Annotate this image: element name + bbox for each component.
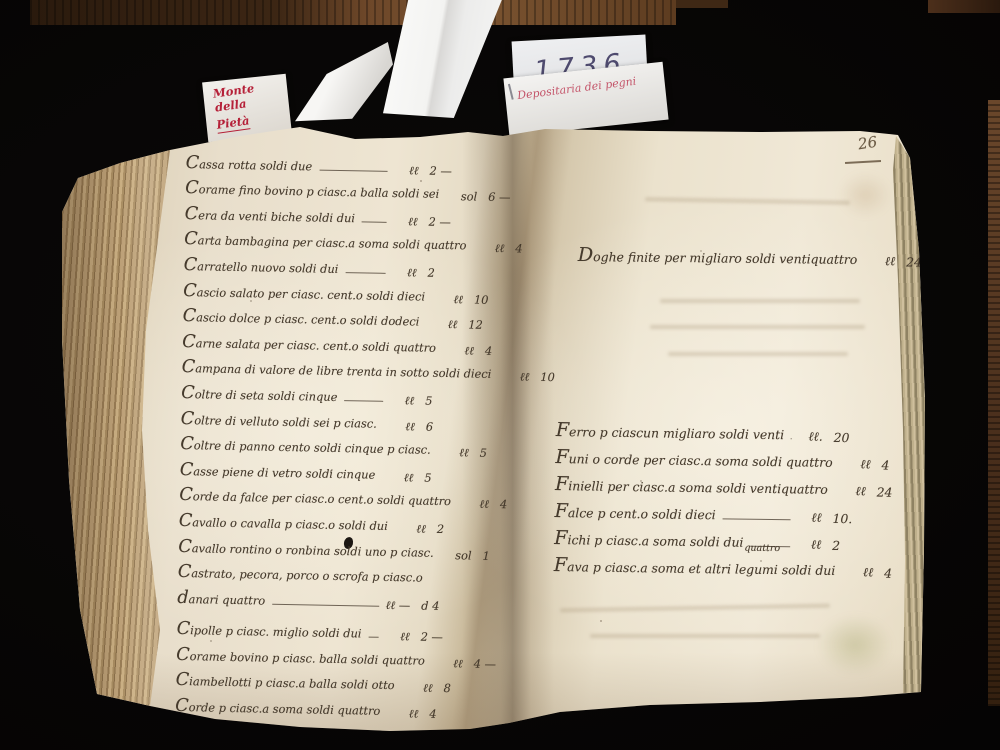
entry-value: 2 — [429,163,463,178]
ledger-entry-row: Finielli per ciasc.a soma soldi ventiqua… [555,468,867,499]
show-through-line [590,634,820,638]
dash-leader [362,221,387,222]
entry-unit: ℓℓ [402,521,426,535]
entry-value: 4 [515,242,549,257]
dash-leader [791,438,792,439]
entry-unit: ℓℓ [386,629,410,643]
entry-unit: ℓℓ [450,343,474,357]
dash-leader [368,637,378,638]
entry-value: 6 [426,419,460,434]
ledger-entry-row: Funi o corde per ciasc.a soma soldi quat… [555,441,867,472]
entry-text: danari quattro [177,588,265,610]
entry-value: 10. [832,511,866,526]
pen-stroke [508,84,513,100]
entry-value: 2 — [421,630,455,645]
entry-unit: ℓℓ [797,536,821,552]
entry-value: 5 [425,394,459,409]
entry-value: 20 [834,430,868,445]
open-book: 26 Cassa rotta soldi due ℓℓ 2 — Corame f… [0,0,1000,750]
entry-unit: ℓℓ. [799,428,823,444]
entry-value: 2 [437,522,471,537]
shelf-edge-top-right [928,0,1000,13]
entry-text: Falce p cent.o soldi dieci [554,499,715,524]
entry-value: 2 [427,266,461,281]
entry-value: 4 [881,458,915,473]
entry-value: 12 [468,318,502,333]
entry-text: Doghe finite per migliaro soldi ventiqua… [578,243,858,269]
entry-unit: ℓℓ [433,317,457,331]
entry-value: 10 [474,292,508,307]
entry-value: 2 — [428,214,462,229]
right-page-top-entry: Doghe finite per migliaro soldi ventiqua… [578,240,870,269]
show-through-line [660,299,860,303]
stain [805,605,905,685]
entry-unit: ℓℓ [394,706,418,720]
ledger-entry-row: Fava p ciasc.a soma et altri legumi sold… [554,549,866,580]
series-label: Depositaria dei pegni [516,75,636,102]
entry-value: 10 [540,370,574,385]
foxing-speckles [0,0,2,2]
ledger-entry-row: Fichi p ciasc.a soma soldi dui ℓℓ 2 [554,522,866,553]
entry-value: 4 [429,707,463,722]
entry-unit: ℓℓ [480,241,504,255]
dash-leader [344,400,383,402]
entry-unit: ℓℓ [390,393,414,407]
ledger-entry-row: Doghe finite per migliaro soldi ventiqua… [578,240,870,269]
entry-value: 4 [884,566,918,581]
entry-unit: ℓℓ [849,564,873,580]
left-page-entries: Cassa rotta soldi due ℓℓ 2 — Corame fino… [175,147,464,721]
entry-value: 5 [424,470,458,485]
entry-unit: ℓℓ [505,370,529,384]
fund-label-line1: Monte della [212,77,289,115]
entry-unit: ℓℓ [871,253,895,269]
ledger-entry-row: Ferro p ciascun migliaro soldi venti ℓℓ.… [556,414,868,445]
entry-unit: ℓℓ [439,291,463,305]
dash-leader [723,518,791,520]
entry-value: 4 — [474,656,508,671]
entry-unit: sol [453,189,477,203]
entry-value: 1 [482,548,516,563]
blank-slip [293,42,395,122]
entry-unit: ℓℓ — [386,598,411,612]
entry-superscript: quattro [744,543,780,554]
entry-value: 5 [480,446,514,461]
book-gutter [462,120,554,735]
entry-text: Ferro p ciascun migliaro soldi venti [556,418,785,444]
ledger-entry-row: Corde p ciasc.a soma soldi quattro ℓℓ 4 [175,690,453,721]
folio-number: 26 [857,133,879,154]
entry-unit: ℓℓ [408,681,432,695]
entry-value: 2 [832,538,866,553]
shelf-edge-right [988,100,1000,706]
entry-unit: ℓℓ [465,497,489,511]
entry-unit: ℓℓ [445,445,469,459]
entry-unit: ℓℓ [797,509,821,525]
entry-unit: ℓℓ [389,470,413,484]
shelf-edge-top [30,0,676,25]
dash-leader [345,272,385,274]
stain [830,165,900,225]
photo-of-open-ledger: Monte della Pietà 1736 Depositaria dei p… [0,0,1000,750]
ledger-entry-row: Falce p cent.o soldi dieci ℓℓ 10. [554,495,866,526]
shelf-edge-sliver [676,0,728,8]
entry-unit: ℓℓ [439,656,463,670]
entry-unit: ℓℓ [393,214,417,228]
entry-unit: ℓℓ [846,456,870,472]
entry-unit: sol [447,548,471,562]
dash-leader [319,169,387,171]
entry-value: 24 [877,484,911,499]
entry-text: Fava p ciasc.a soma et altri legumi sold… [554,553,836,580]
entry-unit: ℓℓ [842,483,866,499]
entry-text: Fichi p ciasc.a soma soldi dui [554,526,744,552]
entry-value: d 4 [421,598,455,613]
entry-value: 4 [500,497,534,512]
show-through-line [650,325,865,329]
entry-value: 24 — [906,254,940,269]
entry-unit: ℓℓ [391,419,415,433]
entry-unit: ℓℓ [393,265,417,279]
show-through-line [668,352,848,356]
right-page-entries: Ferro p ciascun migliaro soldi venti ℓℓ.… [554,414,868,580]
ledger-entry-row: danari quattro ℓℓ — d 4 [177,582,455,613]
dash-leader [272,603,379,606]
entry-value: 8 [443,682,477,697]
entry-text: Corde p ciasc.a soma soldi quattro [175,696,381,720]
entry-value: 4 [485,344,519,359]
entry-text: Cassa rotta soldi due [186,153,313,175]
entry-value: 6 — [488,190,522,205]
entry-unit: ℓℓ [394,163,418,177]
fund-label-line2: Pietà [216,113,251,133]
